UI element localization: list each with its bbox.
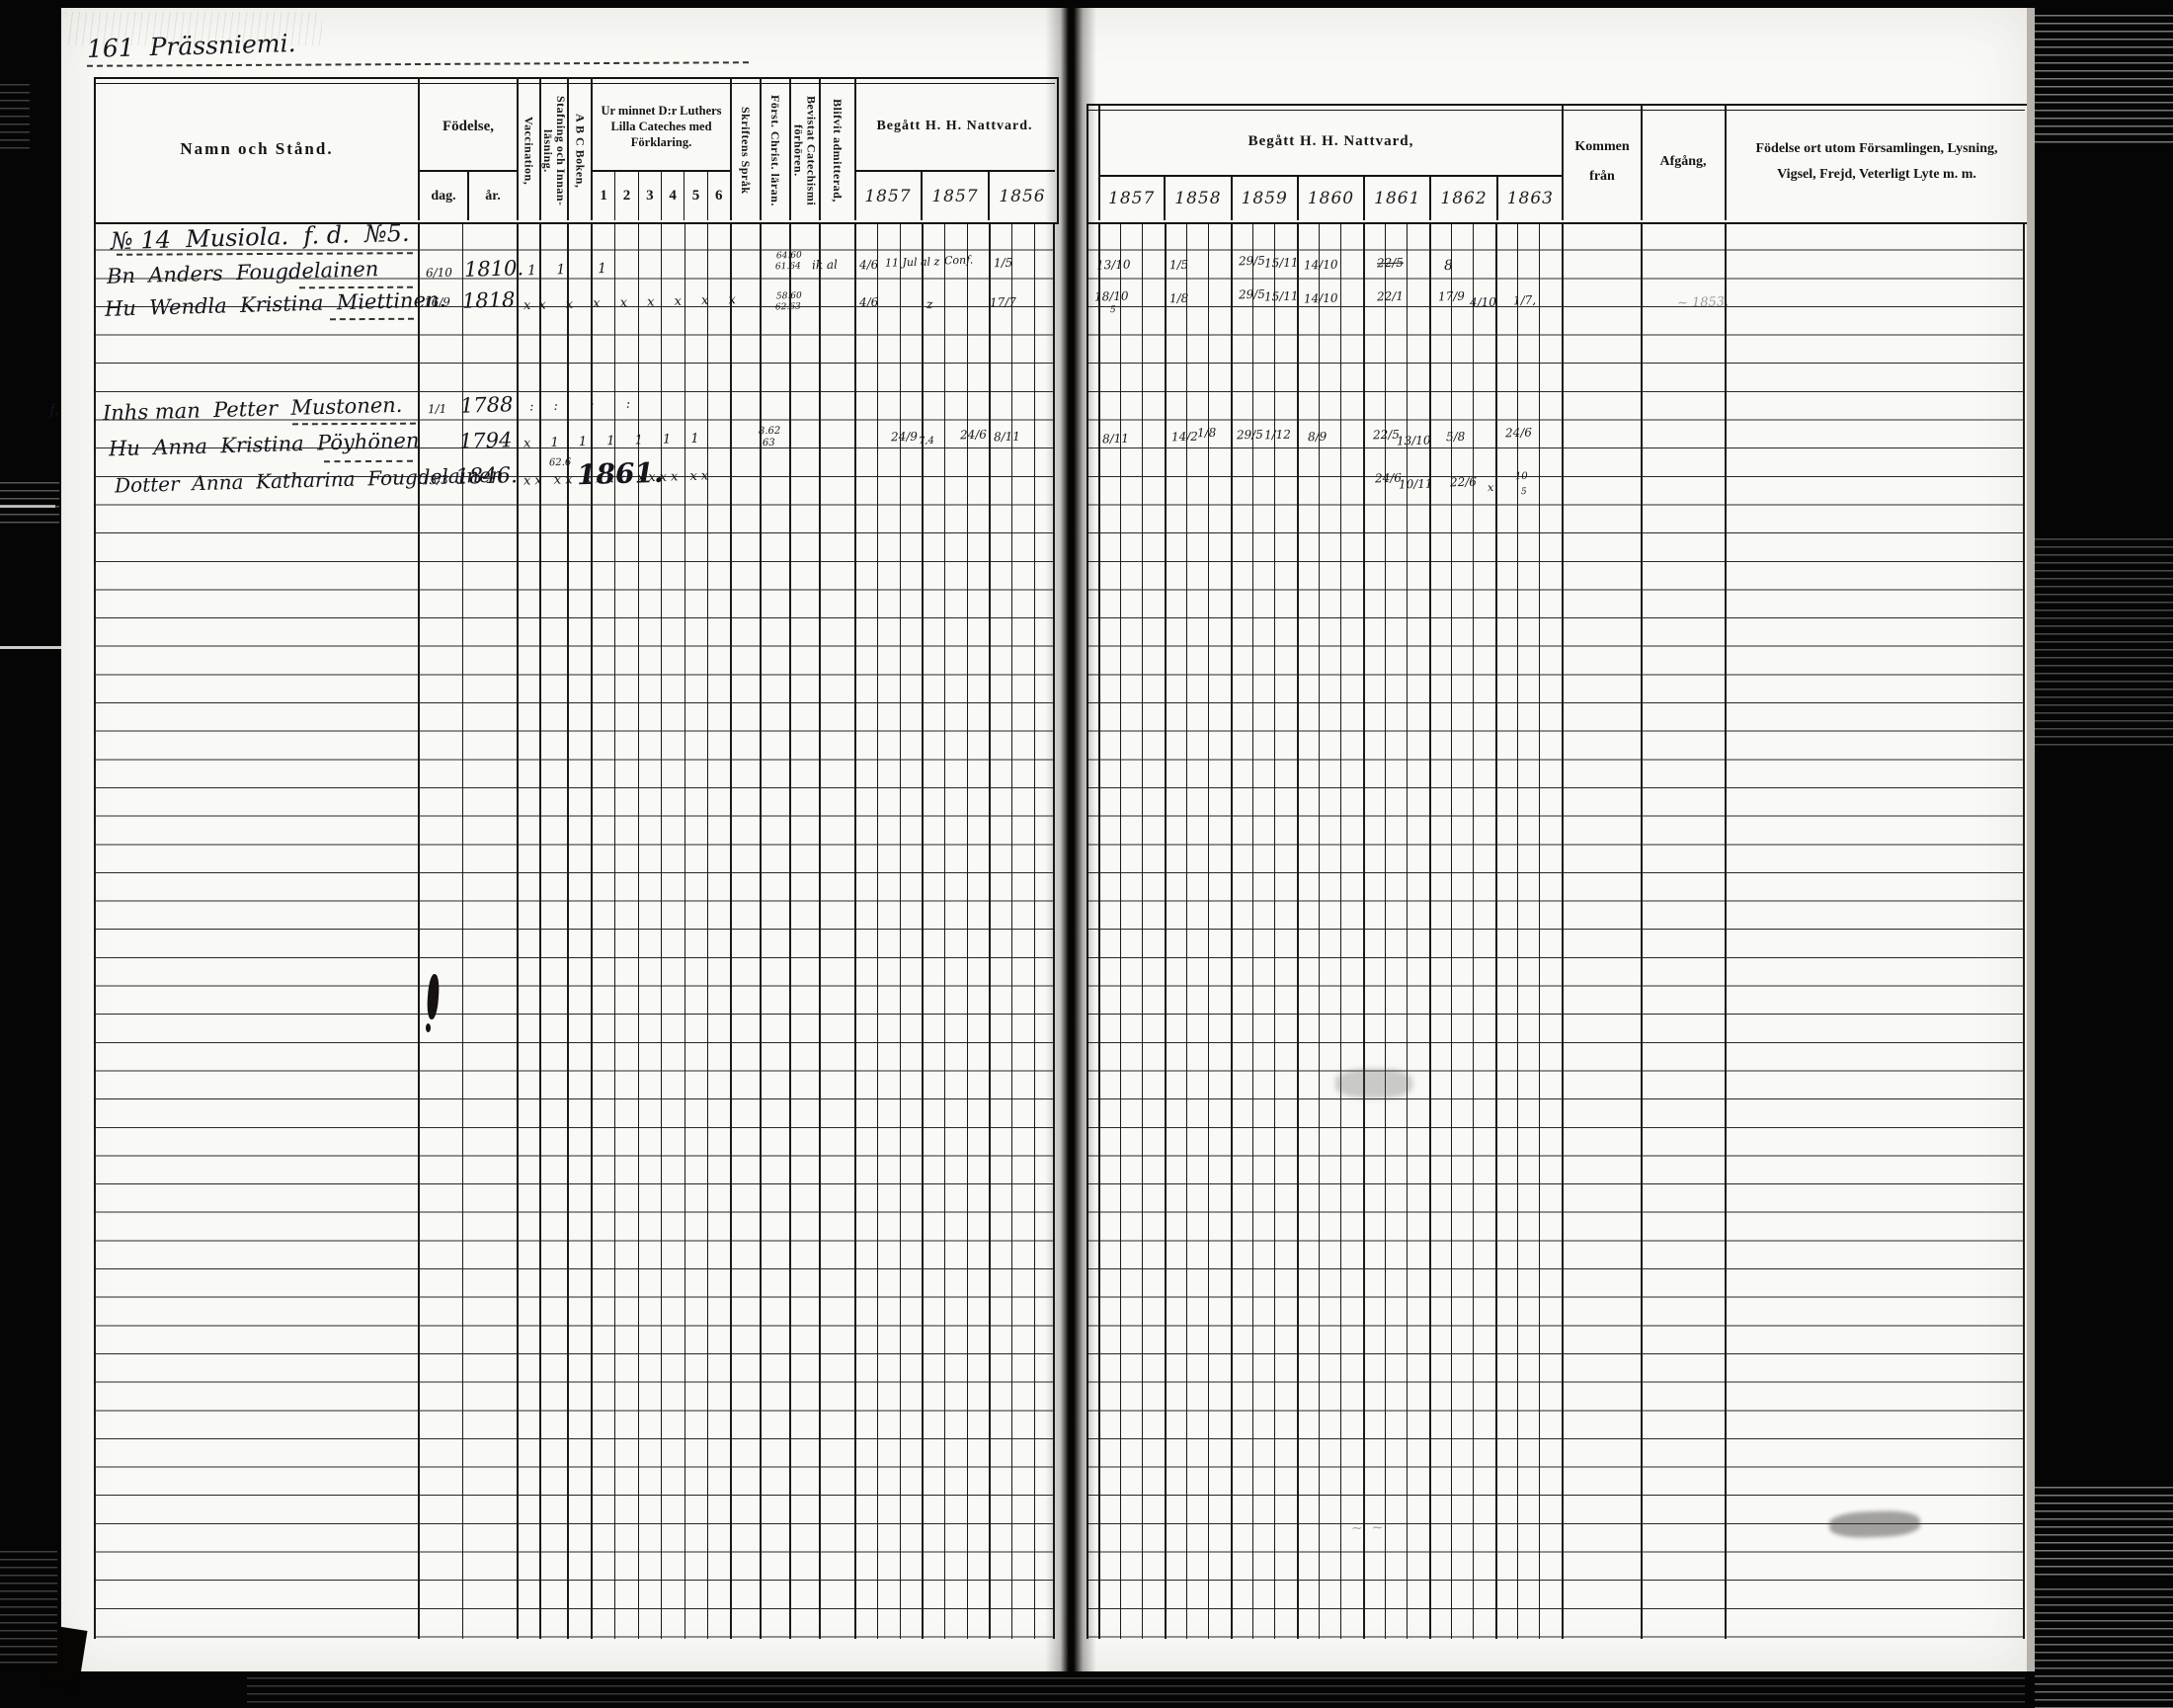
communion-date: 1/8	[1169, 292, 1189, 305]
communion-date: 15/11	[1264, 290, 1299, 303]
right-page-row-rules	[1086, 222, 2025, 1639]
grid-line	[1340, 222, 1341, 1639]
communion-date: 29/5	[1237, 429, 1263, 442]
afgang-note: ~ 1853.	[1677, 295, 1730, 309]
cateches-grade-row: 123456	[593, 172, 730, 220]
nattvard-year-right: 1857	[1099, 177, 1164, 220]
ink-blot	[426, 1023, 431, 1032]
birth-day: 6/10	[426, 267, 452, 280]
communion-date: 1/7,	[1513, 294, 1536, 307]
column-header-nattvard-right: Begått H. H. Nattvard,	[1100, 110, 1562, 173]
nattvard-years-left: 185718571856	[855, 172, 1055, 220]
exam-note: 64.60	[776, 252, 802, 262]
grid-line	[2023, 222, 2025, 1639]
communion-date: 1/5	[1169, 259, 1189, 272]
scan-scratch-line	[0, 505, 55, 508]
note: Conf.	[944, 255, 974, 267]
grid-line	[1539, 222, 1540, 1639]
grid-line	[819, 222, 821, 1639]
grid-line	[94, 222, 96, 1639]
communion-date: 5/8	[1446, 431, 1466, 444]
scan-scratches	[2035, 1588, 2173, 1708]
grid-line	[1165, 222, 1167, 1639]
communion-date: 8/11	[994, 431, 1020, 444]
communion-date: 4/6	[859, 296, 879, 309]
column-header-vaccination: Vaccination,	[518, 83, 539, 218]
grid-line	[1142, 222, 1143, 1639]
grid-line	[1086, 222, 1088, 1639]
grid-line	[707, 222, 708, 1639]
birth-year: 1818	[462, 289, 516, 311]
grid-line	[1495, 222, 1497, 1639]
communion-date: 1/5	[994, 257, 1013, 270]
column-header-cateches: Ur minnet D:r Luthers Lilla Cateches med…	[594, 83, 729, 170]
grid-line	[1725, 222, 1727, 1639]
communion-date: 24/9	[891, 431, 918, 444]
column-header-bevistat: Bevistat Catechismi förhören.	[791, 83, 818, 218]
paper-edge-highlight	[2027, 8, 2035, 1671]
scanned-parish-register: 161 Prässniemi. Namn och Stånd. Födelse,…	[0, 0, 2173, 1708]
grid-line	[1363, 222, 1365, 1639]
communion-date: 4/6	[859, 259, 879, 272]
communion-date: 22/5	[1377, 257, 1404, 270]
communion-date: 13/10	[1096, 259, 1131, 272]
exam-note: 62.6	[549, 458, 572, 469]
communion-date: 14/10	[1304, 259, 1338, 272]
communion-date: 1/12	[1264, 429, 1291, 442]
grid-line	[1098, 222, 1100, 1639]
communion-date: 5	[1521, 488, 1527, 497]
communion-date: 22/6	[1450, 476, 1477, 489]
birth-day: 1/1	[428, 403, 447, 416]
communion-date: 14/10	[1304, 292, 1338, 305]
nattvard-year-right: 1862	[1429, 177, 1495, 220]
communion-date: 8	[1444, 259, 1453, 273]
nattvard-years-right: 1857185818591860186118621863	[1099, 177, 1563, 220]
grid-line	[944, 222, 945, 1639]
dashed-leader	[330, 318, 414, 320]
grid-line	[730, 222, 732, 1639]
scan-scratch-line	[0, 646, 61, 649]
column-header-forst-christ: Först. Christ. läran.	[762, 83, 788, 218]
nattvard-year-left: 1857	[855, 172, 921, 220]
column-header-stafning: Stafning och Innan-läsning.	[540, 83, 568, 218]
grid-line	[517, 222, 519, 1639]
grid-line	[989, 222, 991, 1639]
note: z	[926, 298, 933, 310]
grid-line	[877, 222, 878, 1639]
scan-scratches	[2035, 15, 2173, 143]
scan-scratches	[247, 1677, 2025, 1705]
exam-note: 61.64	[775, 263, 801, 273]
gray-smudge	[1335, 1069, 1412, 1098]
grid-line	[1231, 222, 1233, 1639]
column-header-nattvard-left: Begått H. H. Nattvard.	[856, 83, 1053, 170]
exam-note: ik al	[812, 259, 838, 272]
birth-year: 1810.	[464, 258, 524, 281]
reading-marks: : : : :	[529, 397, 639, 413]
note: 7,4	[919, 437, 934, 447]
grid-line	[1053, 222, 1055, 1639]
communion-date: 24/6	[960, 429, 987, 442]
grid-line	[854, 222, 856, 1639]
scan-scratches	[0, 84, 30, 153]
column-line	[1562, 104, 1564, 220]
column-header-afgang: Afgång,	[1642, 104, 1725, 220]
fodelse-subheader: dag.	[420, 172, 467, 220]
grid-line	[1034, 222, 1035, 1639]
grid-line	[1562, 222, 1564, 1639]
communion-date: 15/11	[1264, 257, 1299, 270]
cateches-grade: 1	[593, 172, 614, 220]
communion-date: 1/8	[1197, 427, 1217, 440]
exam-note: 62.63	[775, 303, 801, 313]
communion-date: 10/11	[1399, 478, 1433, 491]
column-header-namn: Namn och Stånd.	[99, 77, 415, 220]
admitted-year: 1861.	[577, 459, 664, 489]
birth-year: 1794	[459, 430, 513, 451]
communion-date: 5	[1110, 306, 1116, 315]
nattvard-year-right: 1859	[1231, 177, 1297, 220]
nattvard-year-right: 1858	[1164, 177, 1230, 220]
communion-date: 22/1	[1377, 290, 1404, 303]
column-header-abc: A B C Boken,	[569, 83, 591, 218]
scan-scratches	[2035, 538, 2173, 751]
cateches-grade: 2	[614, 172, 637, 220]
communion-date: 14/2	[1171, 431, 1198, 444]
column-header-fodelse-ort: Födelse ort utom Församlingen, Lysning, …	[1736, 104, 2017, 220]
margin-note: f.	[49, 403, 59, 418]
exam-note: 58.60	[776, 292, 802, 302]
smudge-mark: ~ ~	[1351, 1521, 1384, 1536]
note: 11 Jul al z	[885, 256, 940, 269]
nattvard-year-right: 1863	[1496, 177, 1563, 220]
communion-date: x	[1488, 482, 1494, 493]
cateches-grade: 4	[661, 172, 684, 220]
reading-marks: 1 1 1	[527, 262, 614, 278]
grid-line	[789, 222, 791, 1639]
communion-date: 13/10	[1397, 435, 1431, 447]
communion-date: 18/10	[1094, 290, 1129, 303]
communion-date: 8/11	[1102, 433, 1129, 446]
grid-line	[1297, 222, 1299, 1639]
cateches-grade: 6	[707, 172, 730, 220]
column-header-fodelse: Födelse,	[420, 83, 517, 170]
exam-note: 63	[763, 439, 775, 448]
birth-year: 1788	[460, 394, 514, 416]
scan-scratches	[0, 1551, 57, 1669]
nattvard-year-left: 1856	[988, 172, 1055, 220]
communion-date: 10	[1515, 472, 1528, 482]
scan-scratches	[2035, 1487, 2173, 1581]
grid-line	[1641, 222, 1643, 1639]
fodelse-subheader-row: dag.år.	[420, 172, 517, 220]
communion-date: 29/5	[1239, 255, 1265, 268]
nattvard-year-left: 1857	[921, 172, 988, 220]
communion-date: 24/6	[1505, 427, 1532, 440]
birth-year: 1846.	[455, 465, 519, 489]
grid-line	[1473, 222, 1474, 1639]
column-line	[1725, 104, 1727, 220]
communion-date: 17/9	[1438, 290, 1465, 303]
fodelse-subheader: år.	[467, 172, 517, 220]
communion-date: 4/10	[1470, 296, 1496, 309]
birth-day: 16/9	[424, 296, 450, 309]
column-header-skriftens: Skriftens Språk	[732, 83, 759, 218]
column-header-blifvit: Blifvit admitterad,	[821, 83, 853, 218]
communion-date: 17/7	[990, 296, 1016, 309]
nattvard-year-right: 1861	[1363, 177, 1429, 220]
column-line	[418, 77, 420, 220]
cateches-grade: 5	[684, 172, 706, 220]
cateches-grade: 3	[638, 172, 661, 220]
birth-day: 13/3	[422, 474, 448, 487]
page-title: 161 Prässniemi.	[87, 31, 296, 61]
nattvard-year-right: 1860	[1297, 177, 1363, 220]
communion-date: 8/9	[1308, 431, 1328, 444]
column-header-kommen-fran: Kommen från	[1569, 104, 1636, 220]
communion-date: 29/5	[1239, 288, 1265, 301]
exam-note: 8.62	[759, 427, 781, 438]
